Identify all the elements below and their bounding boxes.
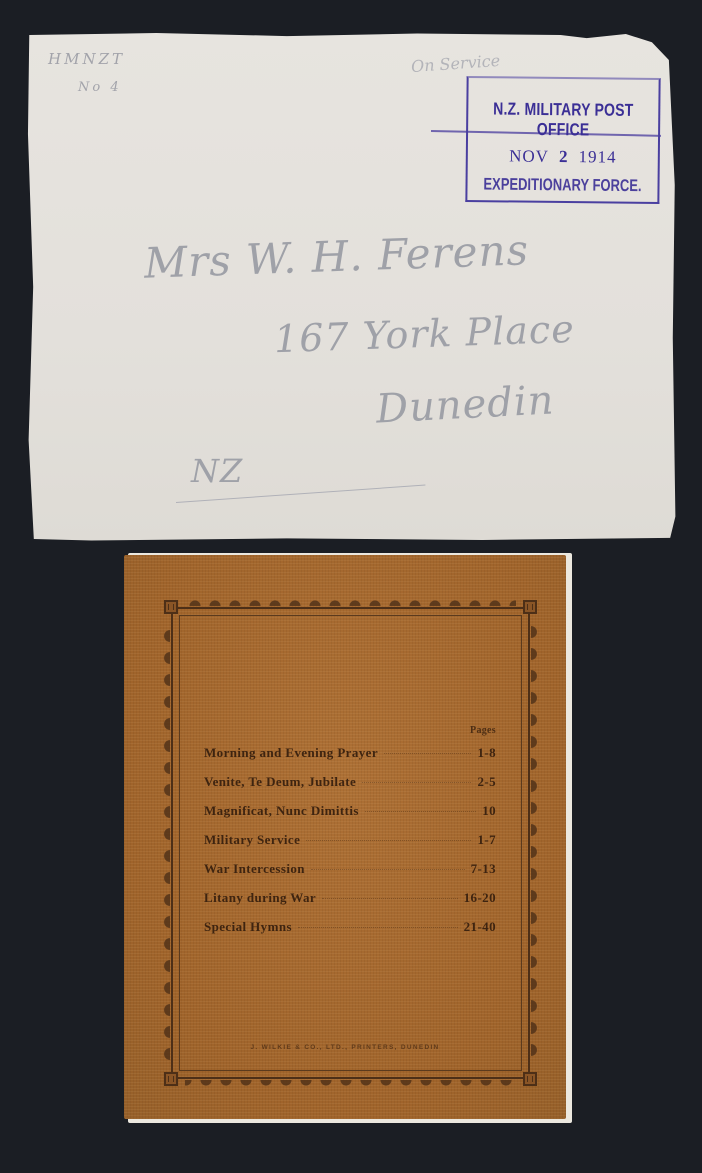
toc-row: Litany during War 16-20 (204, 890, 496, 919)
toc-pages: 7-13 (471, 861, 496, 877)
toc-header-pages: Pages (204, 725, 496, 736)
postmark-line-3: EXPEDITIONARY FORCE. (467, 174, 657, 195)
frame-scallop-left (164, 621, 170, 1065)
toc-row: War Intercession 7-13 (204, 861, 496, 890)
toc-pages: 1-8 (477, 745, 496, 761)
frame-corner-ornament (164, 600, 178, 614)
address-city: Dunedin (375, 377, 556, 432)
address-country: NZ (191, 452, 243, 490)
booklet-cover: Pages Morning and Evening Prayer 1-8 Ven… (124, 555, 566, 1119)
frame-corner-ornament (523, 1072, 537, 1086)
printer-imprint: J. WILKIE & CO., LTD., PRINTERS, DUNEDIN (124, 1044, 566, 1051)
toc-title: Litany during War (204, 890, 316, 906)
toc-title: Military Service (204, 832, 300, 848)
frame-scallop-right (531, 621, 537, 1065)
envelope: HMNZT No 4 On Service N.Z. MILITARY POST… (26, 32, 678, 542)
toc-title: Venite, Te Deum, Jubilate (204, 774, 356, 790)
frame-scallop-top (185, 600, 516, 606)
postmark-line-1: N.Z. MILITARY POST OFFICE (468, 98, 658, 140)
frame-corner-ornament (164, 1072, 178, 1086)
postmark-date: NOV21914 (468, 146, 658, 168)
postmark-month: NOV (509, 146, 549, 165)
toc-pages: 21-40 (464, 919, 496, 935)
toc-row: Military Service 1-7 (204, 832, 496, 861)
corner-notation-line-2: No 4 (78, 80, 122, 95)
toc-title: Special Hymns (204, 919, 292, 935)
toc-pages: 1-7 (477, 832, 496, 848)
postmark-day: 2 (559, 147, 569, 166)
toc-row: Morning and Evening Prayer 1-8 (204, 745, 496, 774)
toc-leader-dots (306, 840, 471, 841)
toc-pages: 10 (482, 803, 496, 819)
postmark-stamp: N.Z. MILITARY POST OFFICE NOV21914 EXPED… (465, 76, 660, 204)
corner-notation-line-1: HMNZT (48, 50, 125, 68)
toc-leader-dots (298, 927, 458, 928)
toc-row: Special Hymns 21-40 (204, 919, 496, 948)
toc-leader-dots (362, 782, 471, 783)
toc-leader-dots (365, 811, 476, 812)
toc-leader-dots (311, 869, 465, 870)
toc-pages: 16-20 (464, 890, 496, 906)
frame-scallop-bottom (185, 1080, 516, 1086)
postmark-year: 1914 (578, 147, 616, 166)
address-street: 167 York Place (273, 307, 575, 361)
frame-corner-ornament (523, 600, 537, 614)
toc-title: War Intercession (204, 861, 305, 877)
toc-leader-dots (322, 898, 458, 899)
table-of-contents: Pages Morning and Evening Prayer 1-8 Ven… (204, 725, 496, 948)
toc-title: Morning and Evening Prayer (204, 745, 378, 761)
toc-pages: 2-5 (477, 774, 496, 790)
toc-leader-dots (384, 753, 471, 754)
toc-row: Venite, Te Deum, Jubilate 2-5 (204, 774, 496, 803)
toc-title: Magnificat, Nunc Dimittis (204, 803, 359, 819)
address-name: Mrs W. H. Ferens (143, 225, 530, 287)
toc-row: Magnificat, Nunc Dimittis 10 (204, 803, 496, 832)
top-faint-note: On Service (410, 51, 500, 76)
